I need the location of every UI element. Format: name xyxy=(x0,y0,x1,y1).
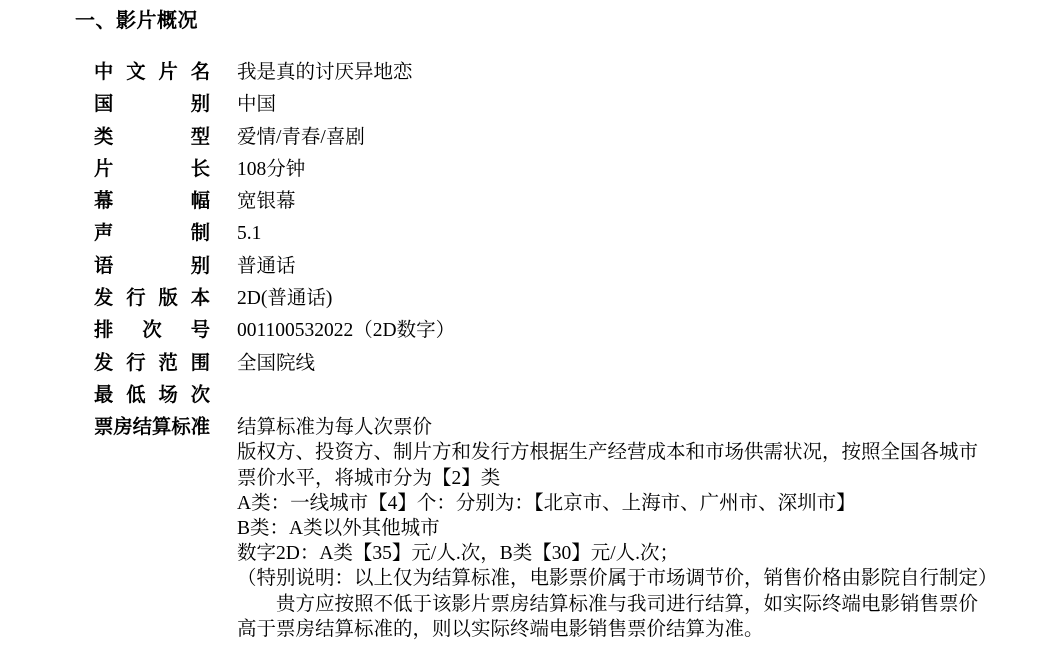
field-value: 5.1 xyxy=(237,218,261,250)
field-value: 中国 xyxy=(237,89,276,121)
field-label: 票房结算标准 xyxy=(94,415,210,440)
field-label: 最 低 场 次 xyxy=(94,380,210,412)
field-row-sound: 声 制 5.1 xyxy=(94,218,1034,250)
field-value: 全国院线 xyxy=(237,348,315,380)
field-value: 我是真的讨厌异地恋 xyxy=(237,57,413,89)
field-label: 国 别 xyxy=(94,89,210,121)
field-label: 排 次 号 xyxy=(94,315,210,347)
field-label: 片 长 xyxy=(94,154,210,186)
field-row-aspect: 幕 幅 宽银幕 xyxy=(94,186,1034,218)
field-row-distribution-scope: 发 行 范 围 全国院线 xyxy=(94,348,1034,380)
field-value: 宽银幕 xyxy=(237,186,296,218)
field-row-language: 语 别 普通话 xyxy=(94,251,1034,283)
field-label: 声 制 xyxy=(94,218,210,250)
field-row-country: 国 别 中国 xyxy=(94,89,1034,121)
field-label: 幕 幅 xyxy=(94,186,210,218)
field-label: 中 文 片 名 xyxy=(94,57,210,89)
field-label: 语 别 xyxy=(94,251,210,283)
field-row-release-version: 发 行 版 本 2D(普通话) xyxy=(94,283,1034,315)
field-value: 108分钟 xyxy=(237,154,305,186)
field-row-serial-number: 排 次 号 001100532022（2D数字） xyxy=(94,315,1034,347)
field-label: 发 行 版 本 xyxy=(94,283,210,315)
field-row-genre: 类 型 爱情/青春/喜剧 xyxy=(94,122,1034,154)
field-label: 发 行 范 围 xyxy=(94,348,210,380)
field-row-runtime: 片 长 108分钟 xyxy=(94,154,1034,186)
field-value: 爱情/青春/喜剧 xyxy=(237,122,365,154)
document-page: 一、影片概况 中 文 片 名 我是真的讨厌异地恋 国 别 中国 类 型 爱情/青… xyxy=(0,0,1055,647)
field-value: 普通话 xyxy=(237,251,296,283)
section-heading: 一、影片概况 xyxy=(75,8,198,34)
film-info-list: 中 文 片 名 我是真的讨厌异地恋 国 别 中国 类 型 爱情/青春/喜剧 片 … xyxy=(94,57,1034,642)
field-row-box-office-settlement: 票房结算标准 结算标准为每人次票价 版权方、投资方、制片方和发行方根据生产经营成… xyxy=(94,415,1034,642)
field-label: 类 型 xyxy=(94,122,210,154)
field-value: 001100532022（2D数字） xyxy=(237,315,455,347)
field-row-minimum-screenings: 最 低 场 次 xyxy=(94,380,1034,412)
field-value: 结算标准为每人次票价 版权方、投资方、制片方和发行方根据生产经营成本和市场供需状… xyxy=(237,415,1027,642)
field-value: 2D(普通话) xyxy=(237,283,332,315)
field-row-chinese-title: 中 文 片 名 我是真的讨厌异地恋 xyxy=(94,57,1034,89)
